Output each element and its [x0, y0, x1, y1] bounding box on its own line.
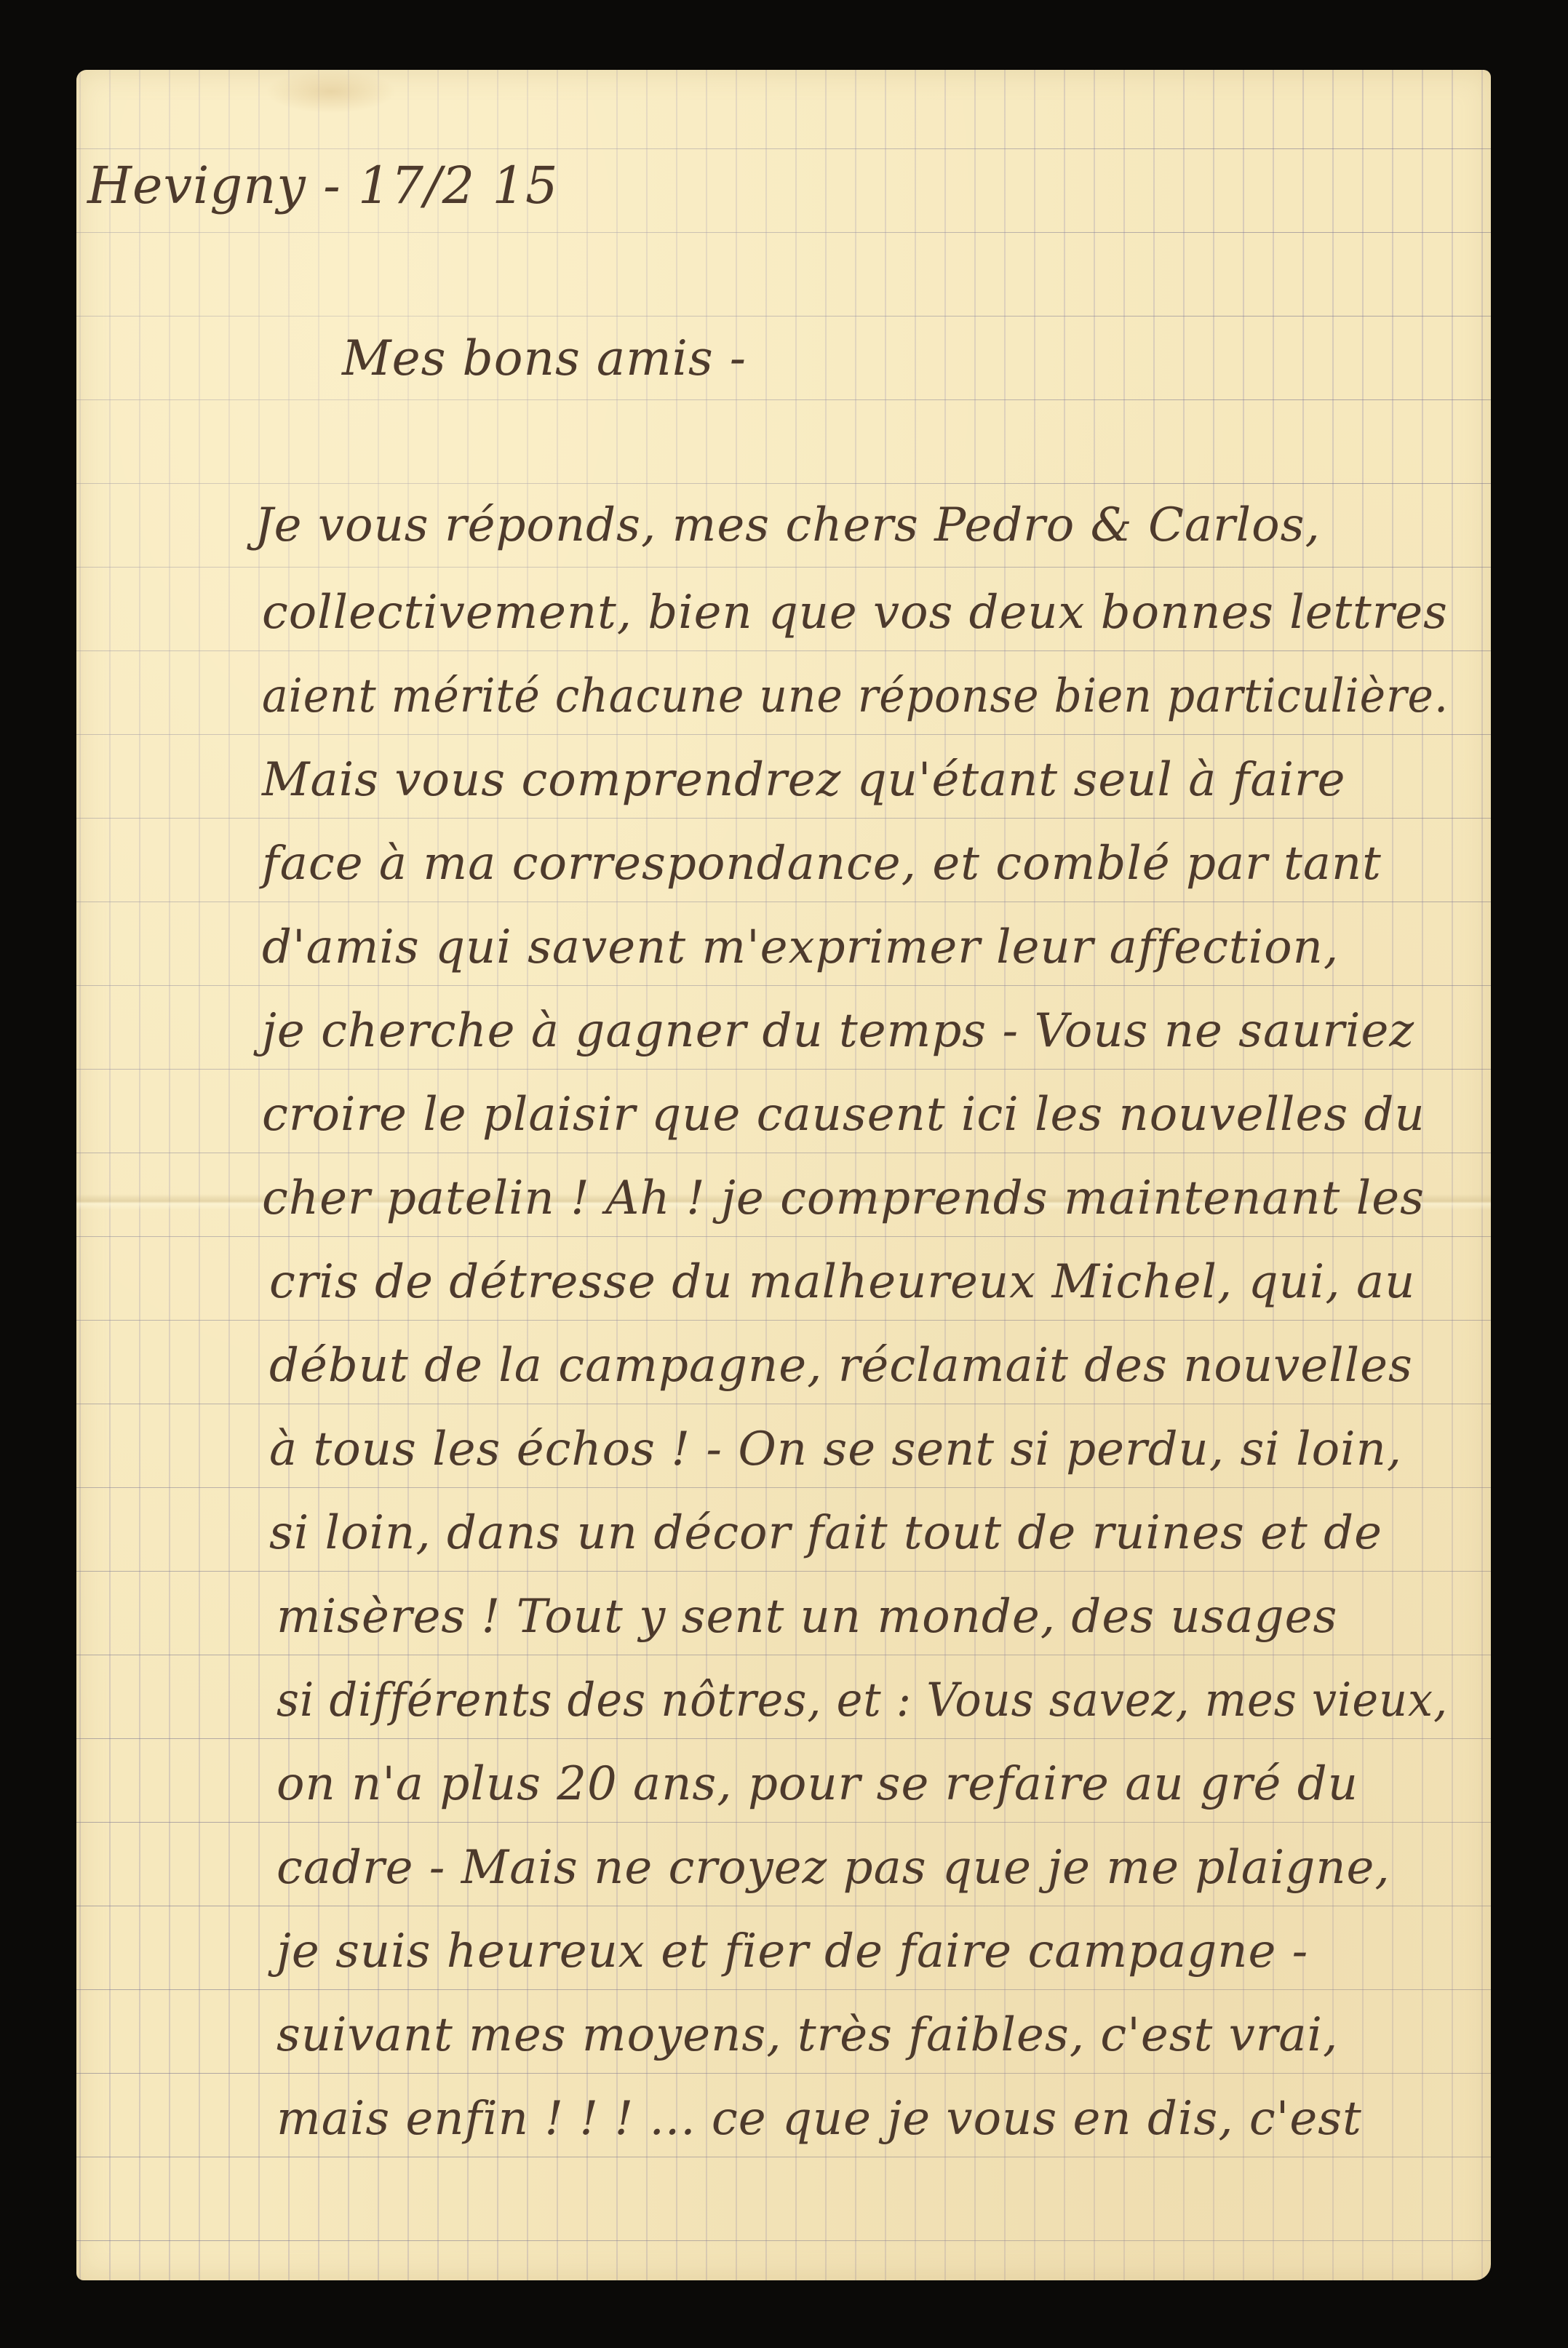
- salutation: Mes bons amis -: [342, 335, 747, 383]
- body-line: Mais vous comprendrez qu'étant seul à fa…: [262, 757, 1346, 803]
- body-line: à tous les échos ! - On se sent si perdu…: [269, 1426, 1402, 1473]
- body-line: mais enfin ! ! ! ... ce que je vous en d…: [276, 2096, 1362, 2142]
- body-line: d'amis qui savent m'exprimer leur affect…: [262, 924, 1339, 971]
- body-line: début de la campagne, réclamait des nouv…: [269, 1342, 1413, 1389]
- body-line: misères ! Tout y sent un monde, des usag…: [276, 1593, 1337, 1640]
- body-line: croire le plaisir que causent ici les no…: [262, 1091, 1425, 1138]
- body-line: cris de détresse du malheureux Michel, q…: [269, 1259, 1415, 1305]
- body-line: on n'a plus 20 ans, pour se refaire au g…: [276, 1761, 1358, 1807]
- body-line: aient mérité chacune une réponse bien pa…: [262, 673, 1449, 720]
- body-line: face à ma correspondance, et comblé par …: [262, 840, 1382, 887]
- body-line: collectivement, bien que vos deux bonnes…: [262, 589, 1448, 636]
- body-line: cadre - Mais ne croyez pas que je me pla…: [276, 1844, 1390, 1891]
- body-line: cher patelin ! Ah ! je comprends mainten…: [262, 1175, 1425, 1222]
- place-date-heading: Hevigny - 17/2 15: [87, 160, 559, 211]
- body-line: si différents des nôtres, et : Vous save…: [276, 1677, 1448, 1724]
- body-line: si loin, dans un décor fait tout de ruin…: [269, 1510, 1382, 1556]
- body-line: je suis heureux et fier de faire campagn…: [276, 1928, 1308, 1975]
- body-line: suivant mes moyens, très faibles, c'est …: [276, 2012, 1338, 2058]
- paper-stain: [266, 70, 397, 114]
- body-line: je cherche à gagner du temps - Vous ne s…: [262, 1008, 1414, 1054]
- body-line: Je vous réponds, mes chers Pedro & Carlo…: [255, 502, 1321, 549]
- scanned-letter-page: Hevigny - 17/2 15 Mes bons amis - Je vou…: [0, 0, 1568, 2348]
